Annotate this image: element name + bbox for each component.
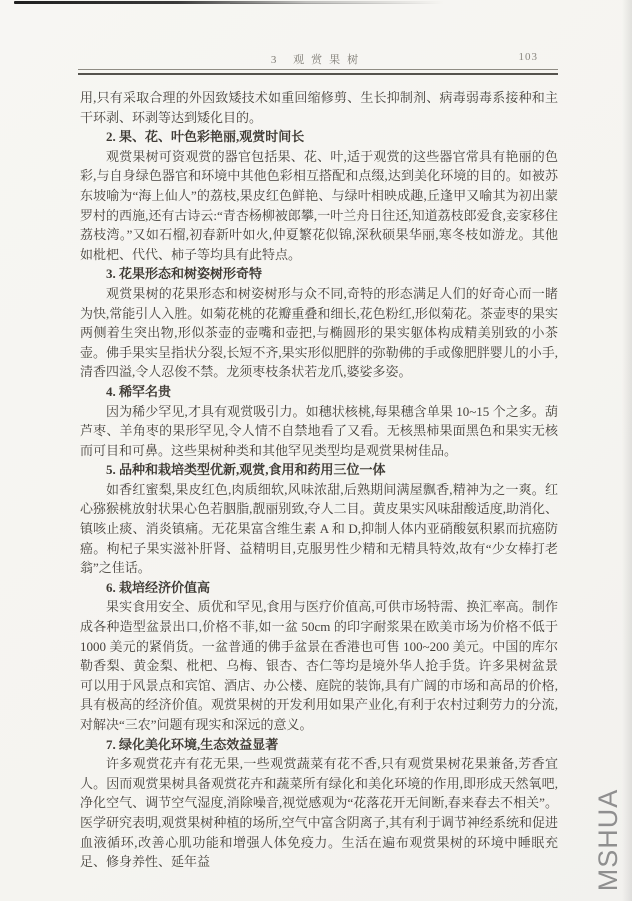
paragraph: 因为稀少罕见,才具有观赏吸引力。如穗状核桃,每果穗含单果 10~15 个之多。葫… [80,402,558,461]
page-number: 103 [519,51,539,63]
paragraph: 观赏果树的花果形态和树姿树形与众不同,奇特的形态满足人们的好奇心而一睹为快,常能… [80,284,558,382]
page-header: 3 观赏果树 103 [78,51,558,67]
section-heading: 5. 品种和栽培类型优新,观赏,食用和药用三位一体 [80,460,558,480]
section-heading: 6. 栽培经济价值高 [80,578,558,598]
section-heading: 7. 绿化美化环境,生态效益显著 [80,735,558,755]
section-heading: 3. 花果形态和树姿树形奇特 [80,264,558,284]
paragraph: 如香红蜜梨,果皮红色,肉质细软,风味浓甜,后熟期间满屋飘香,精神为之一爽。红心猕… [80,480,558,578]
body-text: 用,只有采取合理的外因致矮技术如重回缩修剪、生长抑制剂、病毒弱毒系接种和主干环剥… [80,88,558,872]
paragraph: 观赏果树可资观赏的器官包括果、花、叶,适于观赏的这些器官常具有艳丽的色彩,与自身… [80,147,558,265]
scanned-page: 3 观赏果树 103 用,只有采取合理的外因致矮技术如重回缩修剪、生长抑制剂、病… [0,0,632,901]
scan-artifact-top-edge-faint [230,3,440,4]
paragraph: 用,只有采取合理的外因致矮技术如重回缩修剪、生长抑制剂、病毒弱毒系接种和主干环剥… [80,88,558,127]
section-heading: 2. 果、花、叶色彩艳丽,观赏时间长 [80,127,558,147]
header-rule [78,69,558,75]
watermark-mshua: MSHUA [592,785,624,895]
chapter-title: 3 观赏果树 [78,51,558,67]
section-heading: 4. 稀罕名贵 [80,382,558,402]
paragraph: 果实食用安全、质优和罕见,食用与医疗价值高,可供市场特需、换汇率高。制作成各种造… [80,597,558,734]
paragraph: 许多观赏花卉有花无果,一些观赏蔬菜有花不香,只有观赏果树花果兼备,芳香宜人。因而… [80,754,558,872]
